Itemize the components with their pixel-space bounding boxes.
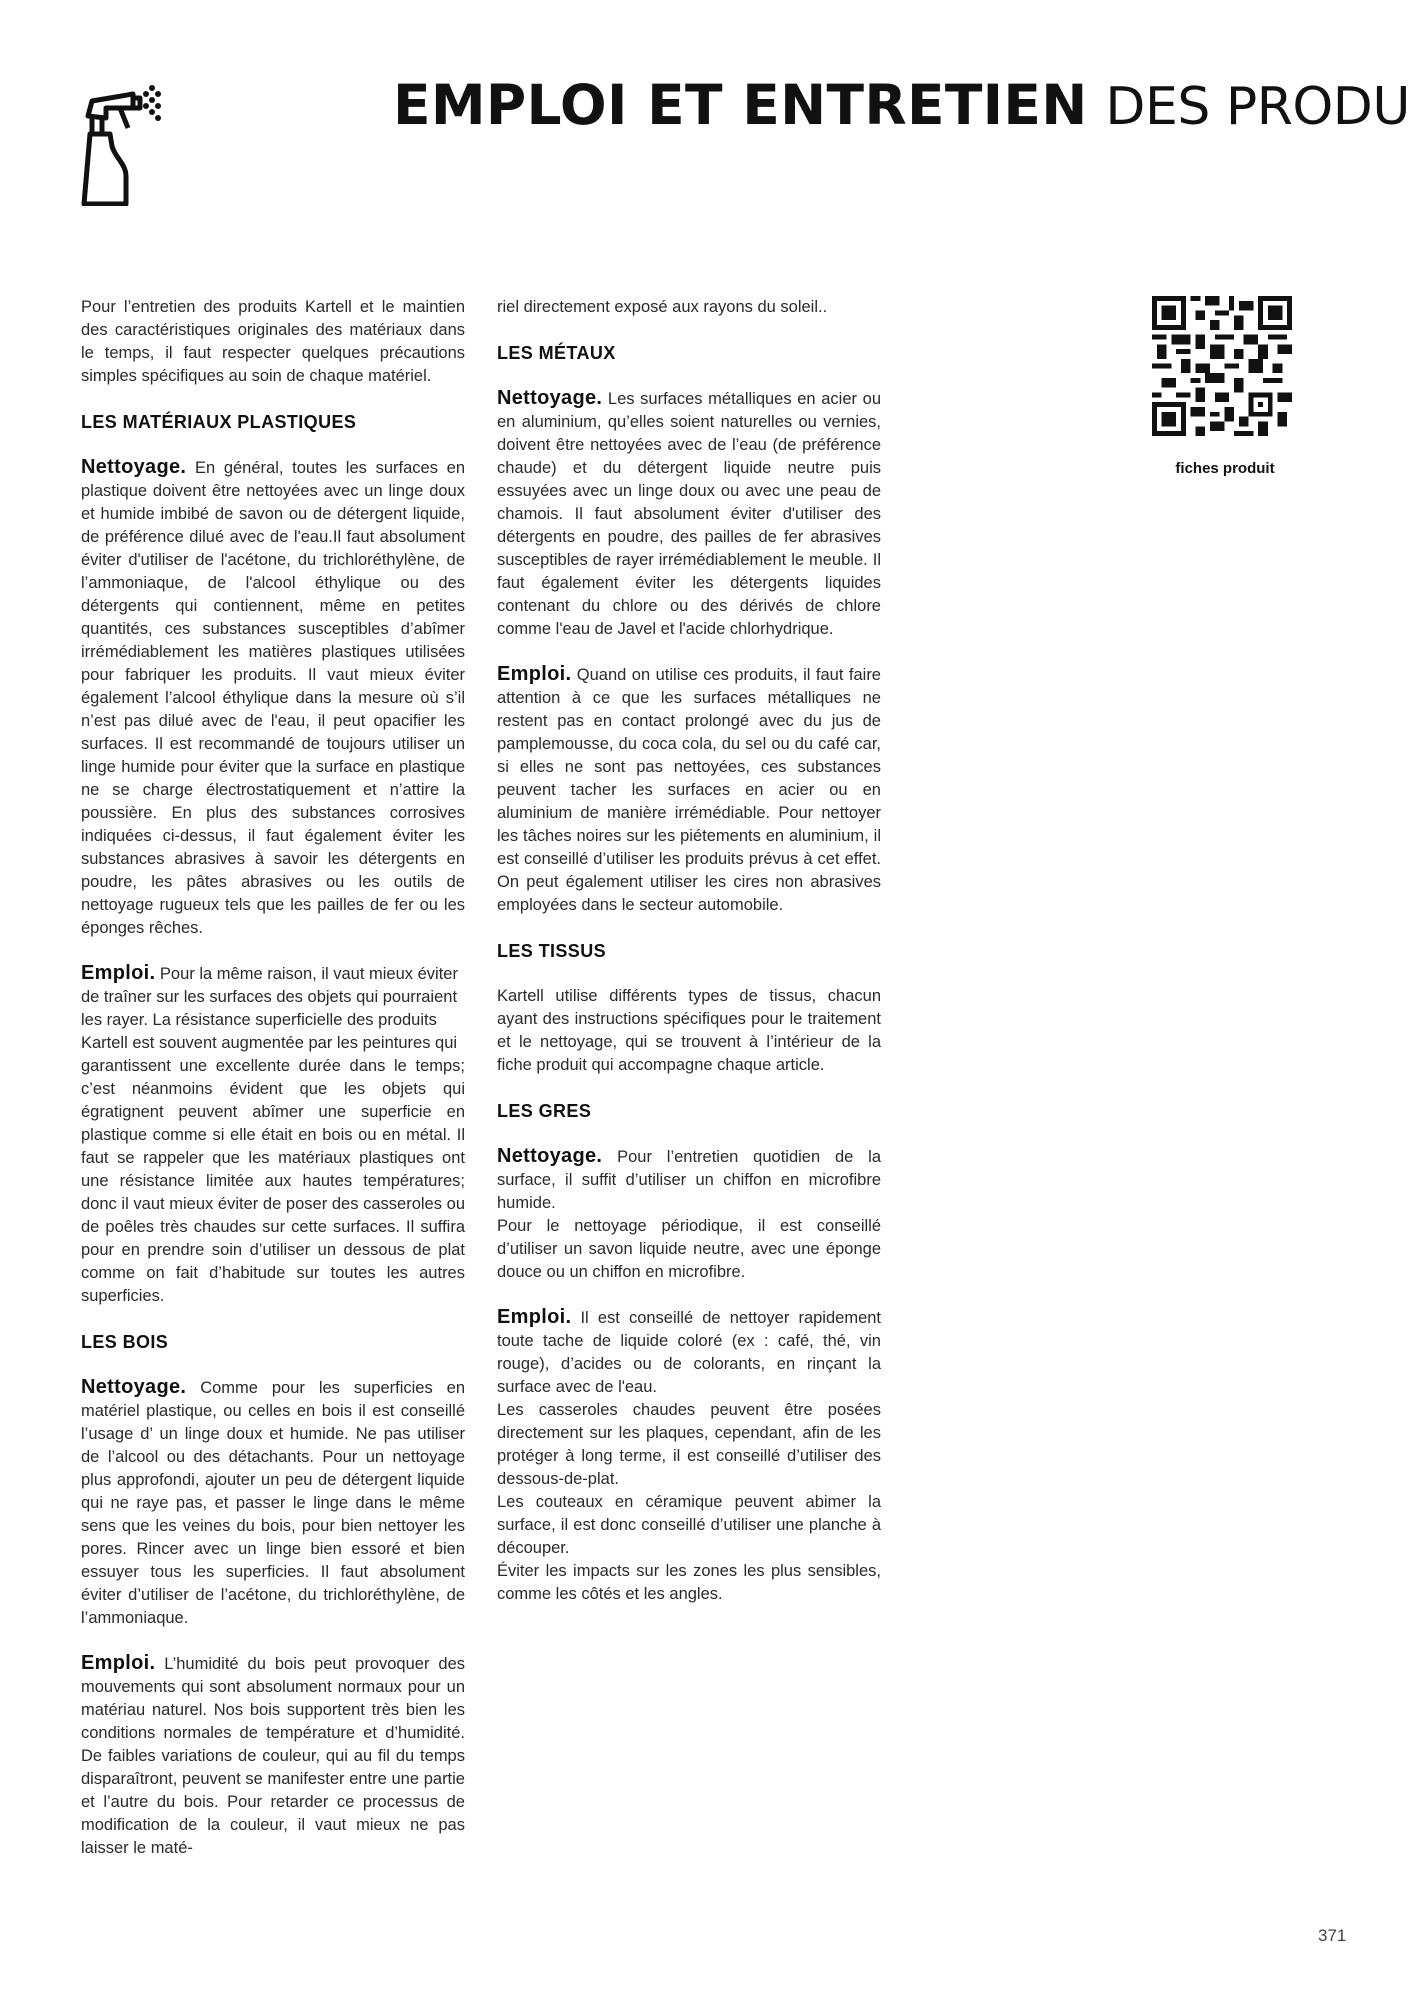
qr-code-icon[interactable] — [1152, 296, 1292, 436]
page-title: EMPLOI ET ENTRETIEN DES PRODUITS — [393, 72, 1414, 140]
nettoyage-text: Les surfaces métalliques en acier ou en … — [497, 390, 881, 638]
emploi-text: Quand on utilise ces produits, il faut f… — [497, 666, 881, 914]
bois-emploi-continued: riel directement exposé aux rayons du so… — [497, 296, 881, 319]
nettoyage-label: Nettoyage. — [81, 1376, 186, 1398]
plastiques-emploi: Emploi. Pour la même raison, il vaut mie… — [81, 962, 465, 1055]
heading-metaux: LES MÉTAUX — [497, 341, 881, 365]
plastiques-nettoyage: Nettoyage. En général, toutes les surfac… — [81, 456, 465, 940]
nettoyage-label: Nettoyage. — [81, 456, 186, 478]
emploi-label: Emploi. — [497, 663, 571, 685]
gres-emploi-2: Les casseroles chaudes peuvent être posé… — [497, 1399, 881, 1491]
plastiques-emploi-cont: garantissent une excellente durée dans l… — [81, 1055, 465, 1308]
qr-label: fiches produit — [1130, 460, 1320, 477]
emploi-label: Emploi. — [81, 1652, 155, 1674]
spray-bottle-icon — [78, 76, 182, 206]
nettoyage-label: Nettoyage. — [497, 387, 602, 409]
heading-plastiques: LES MATÉRIAUX PLASTIQUES — [81, 410, 465, 434]
gres-emploi-4: Éviter les impacts sur les zones les plu… — [497, 1560, 881, 1606]
heading-gres: LES GRES — [497, 1099, 881, 1123]
nettoyage-text: Comme pour les superficies en matériel p… — [81, 1379, 465, 1627]
emploi-text: L’humidité du bois peut provoquer des mo… — [81, 1655, 465, 1857]
nettoyage-label: Nettoyage. — [497, 1145, 602, 1167]
emploi-label: Emploi. — [497, 1306, 571, 1328]
intro-paragraph: Pour l’entretien des produits Kartell et… — [81, 296, 465, 388]
bois-emploi: Emploi. L’humidité du bois peut provoque… — [81, 1652, 465, 1860]
title-light: DES PRODUITS — [1105, 77, 1414, 137]
emploi-label: Emploi. — [81, 962, 155, 984]
metaux-nettoyage: Nettoyage. Les surfaces métalliques en a… — [497, 387, 881, 641]
metaux-emploi: Emploi. Quand on utilise ces produits, i… — [497, 663, 881, 917]
gres-nettoyage-2: Pour le nettoyage périodique, il est con… — [497, 1215, 881, 1284]
nettoyage-text: En général, toutes les surfaces en plast… — [81, 459, 465, 937]
page-number: 371 — [1318, 1926, 1346, 1946]
heading-bois: LES BOIS — [81, 1330, 465, 1354]
tissus-text: Kartell utilise différents types de tiss… — [497, 985, 881, 1077]
heading-tissus: LES TISSUS — [497, 939, 881, 963]
title-bold: EMPLOI ET ENTRETIEN — [393, 73, 1088, 137]
bois-nettoyage: Nettoyage. Comme pour les superficies en… — [81, 1376, 465, 1630]
column-left: Pour l’entretien des produits Kartell et… — [81, 296, 465, 1860]
gres-nettoyage: Nettoyage. Pour l’entretien quotidien de… — [497, 1145, 881, 1215]
gres-emploi-3: Les couteaux en céramique peuvent abimer… — [497, 1491, 881, 1560]
gres-emploi: Emploi. Il est conseillé de nettoyer rap… — [497, 1306, 881, 1399]
column-middle: riel directement exposé aux rayons du so… — [497, 296, 881, 1606]
